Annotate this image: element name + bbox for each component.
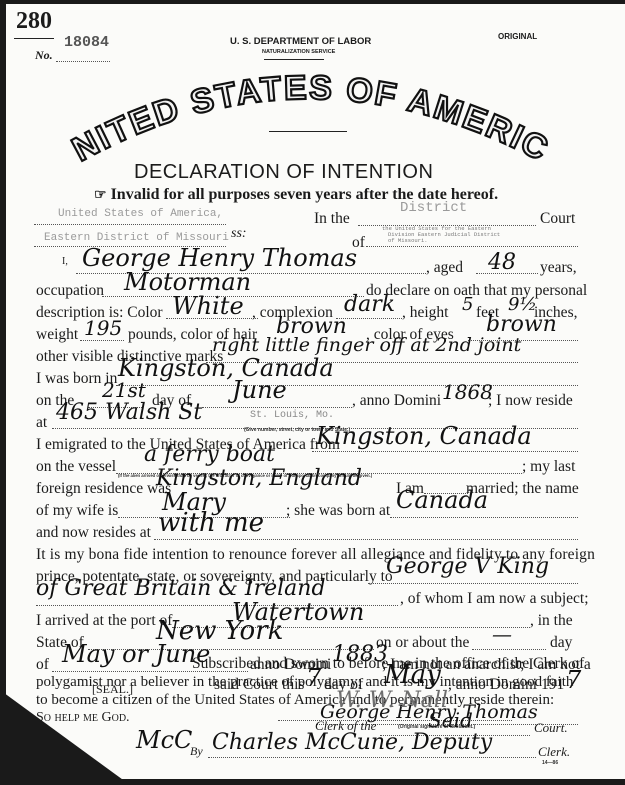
at-label: at [36, 414, 47, 432]
marks-value: right little finger off at 2nd joint [212, 334, 521, 356]
svg-text:UNITED STATES OF AMERICA: UNITED STATES OF AMERICA [66, 59, 555, 169]
subject-label: , of whom I am now a subject; [400, 590, 589, 608]
weight-label: weight [36, 326, 78, 344]
ss-label: ss: [231, 226, 247, 242]
years-label: years, [540, 259, 577, 277]
occupation-label: occupation [36, 282, 104, 300]
of-month-label: of [36, 656, 49, 674]
height-label: , height [402, 304, 449, 322]
venue-country: United States of America, [58, 208, 223, 220]
last-label: ; my last [522, 458, 575, 476]
wife-birthplace: Canada [396, 486, 488, 514]
copy-label: ORIGINAL [498, 32, 537, 41]
stamp-number: 280 [16, 8, 52, 35]
court-label: Court [540, 210, 575, 228]
vessel-value: a ferry boat [144, 442, 275, 467]
department-heading: U. S. DEPARTMENT OF LABOR [230, 36, 371, 47]
sworn-month: May [384, 660, 441, 690]
doc-title: DECLARATION OF INTENTION [134, 161, 433, 184]
height-feet: 5 [462, 294, 473, 315]
about-label: on or about the [376, 634, 469, 652]
wife-label: of my wife is [36, 502, 118, 520]
court-type: District [400, 200, 467, 216]
in-the-state-label: , in the [530, 612, 573, 630]
name-prefix: I, [62, 256, 68, 267]
form-no-label: No. [35, 48, 53, 63]
anno-label: , anno Domini [352, 392, 441, 410]
clerk-suffix: Clerk. [538, 744, 570, 760]
reside-label: ; I now reside [488, 392, 573, 410]
in-the-label: In the [314, 210, 350, 228]
arrival-month: May or June [62, 640, 210, 668]
clerk-initials: McC [136, 726, 192, 754]
form-number: 18084 [64, 34, 109, 51]
complexion-value: dark [344, 292, 395, 317]
wife-born-label: ; she was born at [286, 502, 390, 520]
clerk-court: Said [428, 708, 473, 732]
by-label: By [190, 744, 203, 759]
sworn-line-2c: , anno Domini 191 [448, 676, 564, 694]
address-value: 465 Walsh St [56, 400, 202, 425]
stamp-underline [14, 37, 54, 39]
sworn-day: 7 [306, 664, 321, 692]
day-label: day [550, 634, 572, 652]
sworn-line-2a: said Court this [214, 676, 304, 694]
form-code: 14—86 [542, 760, 558, 766]
aged-label: , aged [426, 259, 463, 277]
resides-label: and now resides at [36, 524, 151, 542]
birth-month: June [232, 376, 287, 404]
venue-country-line [34, 223, 226, 225]
sworn-year-digit: 7 [566, 666, 581, 694]
arched-title: UNITED STATES OF AMERICA [66, 59, 566, 169]
title-rule [269, 131, 347, 132]
birth-day: 21st [102, 378, 146, 402]
emigrated-from: Kingston, Canada [316, 422, 532, 450]
declare-label: do declare on oath that my personal [366, 282, 587, 300]
foreign-res-label: foreign residence was [36, 480, 171, 498]
court-name-3: of Missouri. [388, 237, 428, 244]
venue-district: Eastern District of Missouri [44, 232, 229, 244]
court-suffix: Court. [534, 720, 568, 736]
wife-residence: with me [158, 508, 264, 538]
vessel-label: on the vessel [36, 458, 116, 476]
pointing-hand-icon: ☞ [94, 188, 107, 203]
service-heading: NATURALIZATION SERVICE [262, 49, 335, 55]
scan-corner-shadow [0, 690, 130, 785]
color-value: White [172, 292, 244, 320]
port-label: I arrived at the port of [36, 612, 172, 630]
birthplace-value: Kingston, Canada [118, 354, 334, 382]
address-city: St. Louis, Mo. [250, 410, 334, 421]
court-name-line [366, 245, 578, 247]
arrival-day: — [492, 622, 512, 646]
sovereign-1: George V King [386, 554, 549, 579]
clerk-signature-line [278, 719, 512, 721]
birth-year: 1868 [442, 380, 493, 404]
weight-value: 195 [84, 316, 122, 340]
deputy-signature: Charles McCune, Deputy [212, 730, 492, 755]
